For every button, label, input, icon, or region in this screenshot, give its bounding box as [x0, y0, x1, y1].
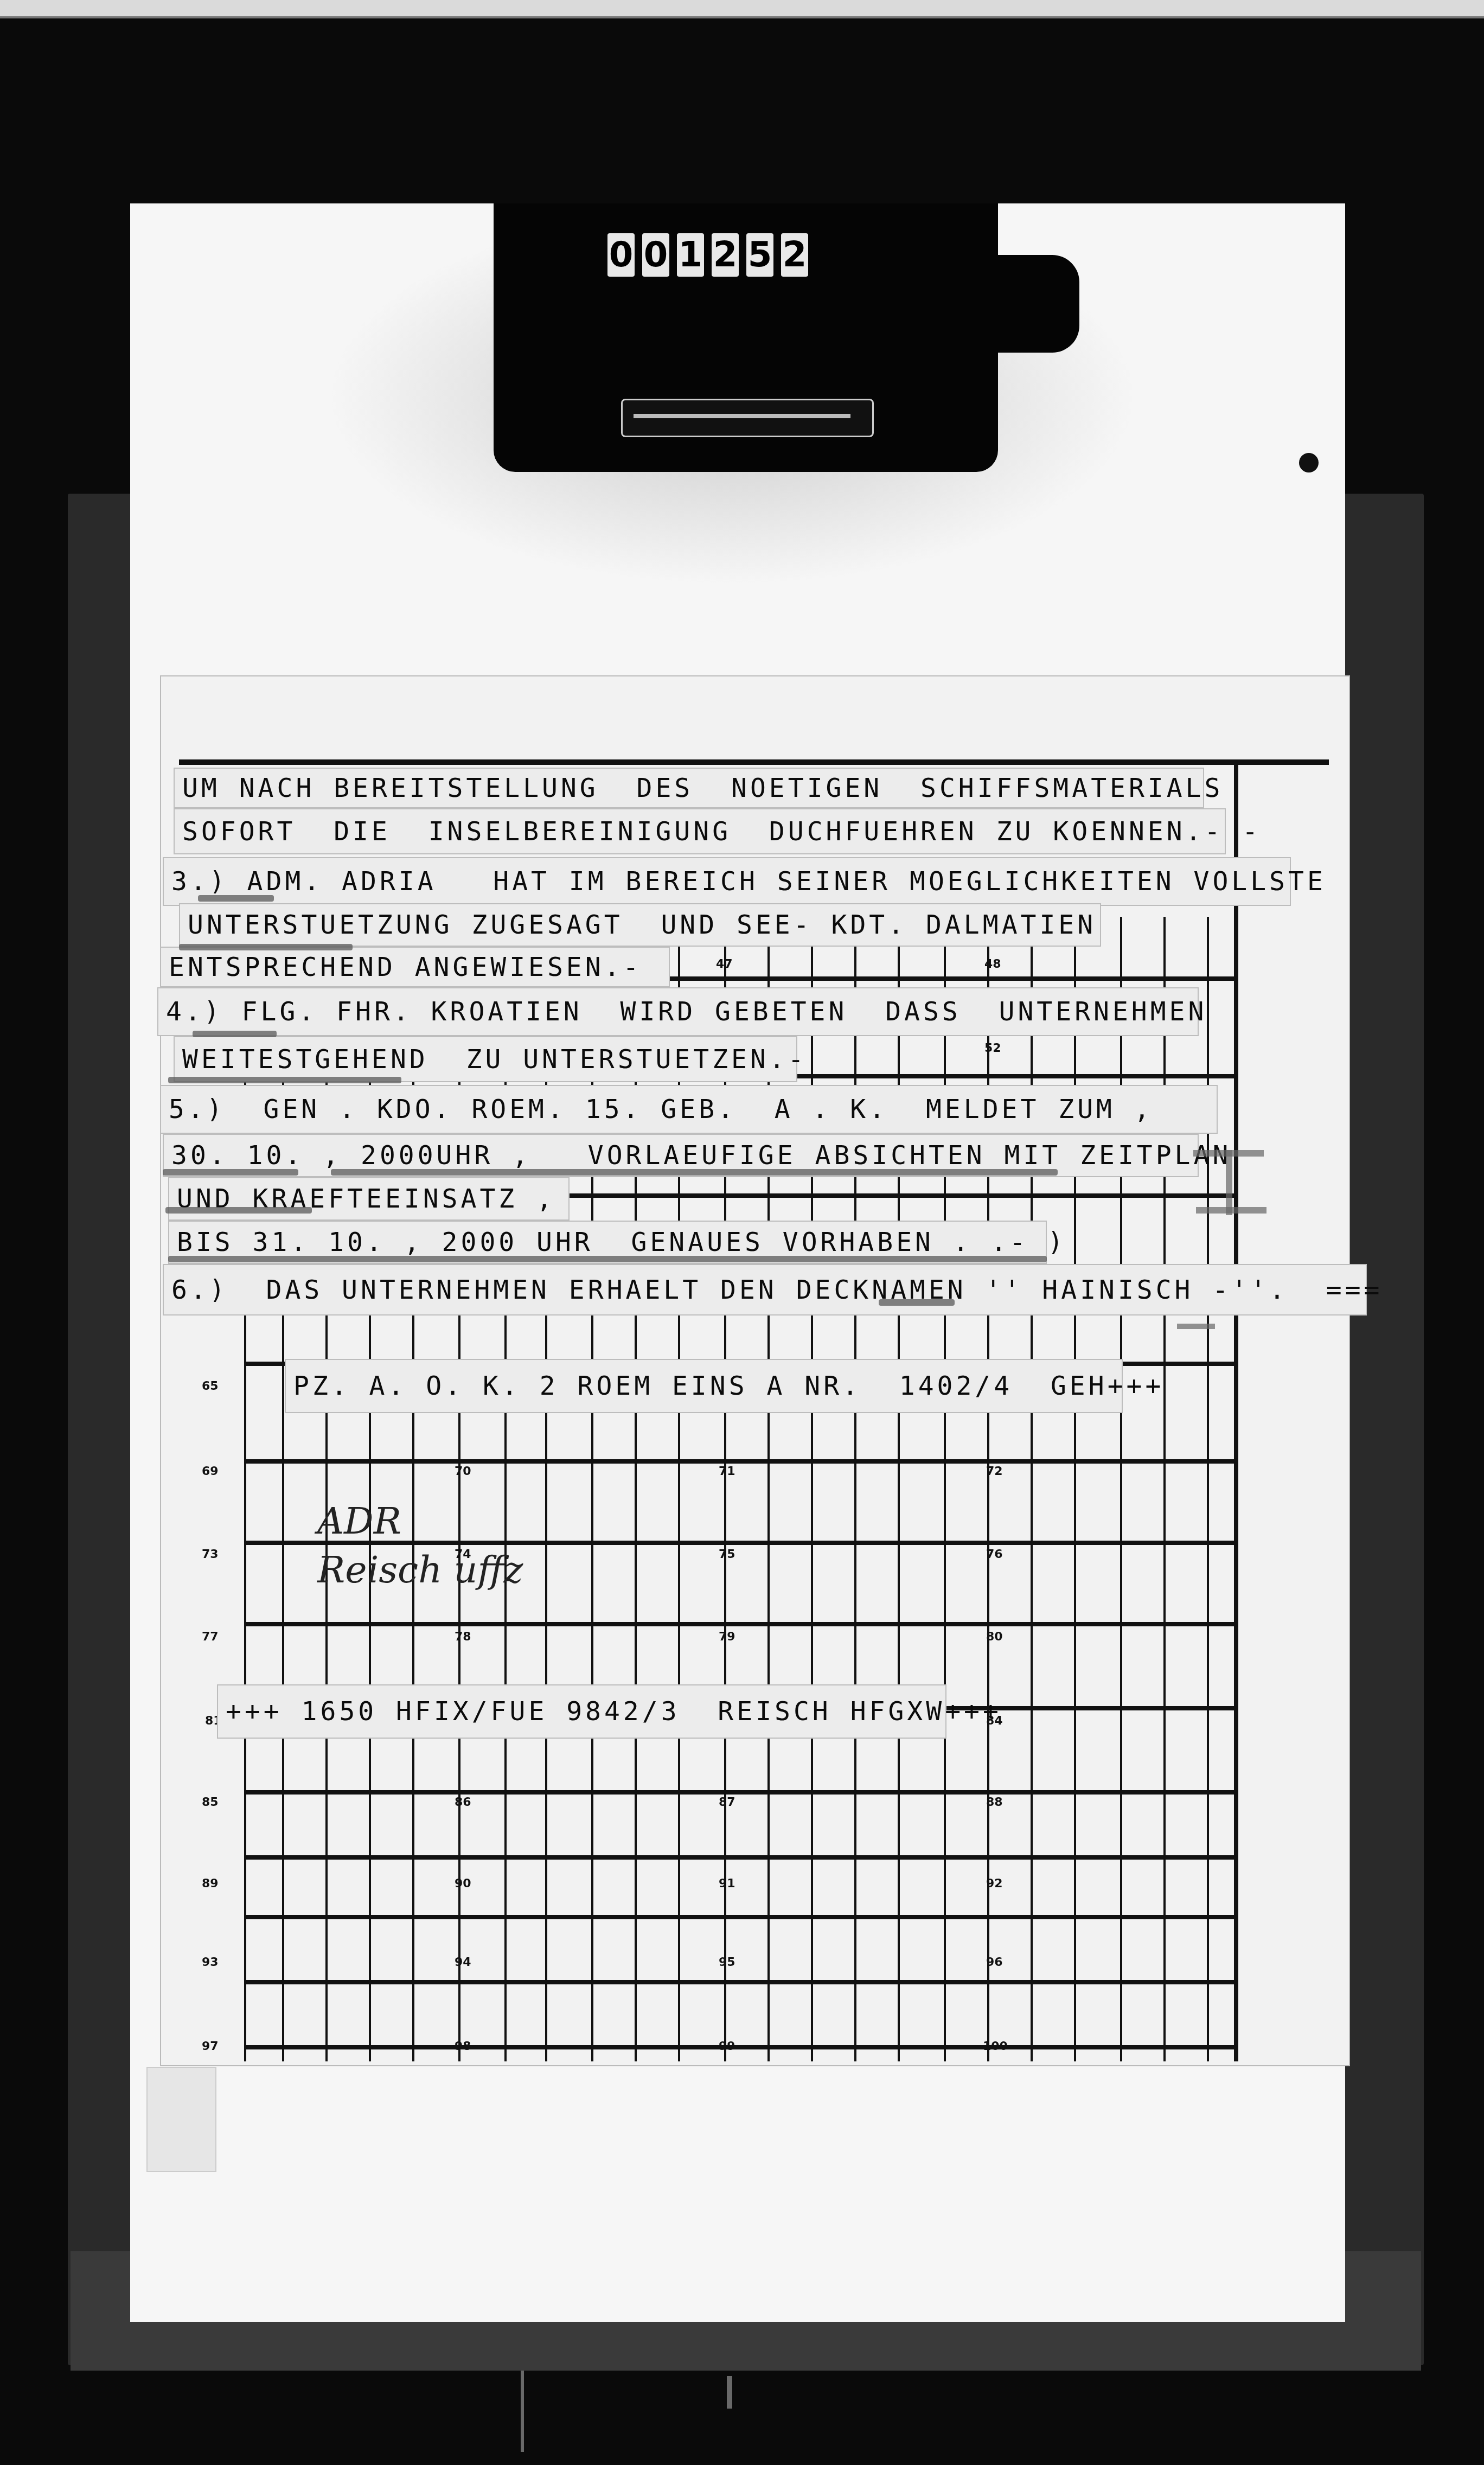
- grid-label: 96: [986, 1956, 1003, 1969]
- frame-counter-slot: [621, 399, 874, 437]
- film-scratch: [727, 2376, 732, 2409]
- form-top-rule: [179, 759, 1329, 765]
- grid-label: 48: [984, 957, 1001, 971]
- counter-digit: 2: [781, 233, 808, 277]
- counter-digit: 1: [677, 233, 704, 277]
- grid-label: 79: [719, 1630, 735, 1644]
- message-line: UNTERSTUETZUNG ZUGESAGT UND SEE- KDT. DA…: [179, 903, 1101, 947]
- pencil-underline: [331, 1169, 1058, 1176]
- grid-label: 94: [455, 1956, 471, 1969]
- grid-label: 91: [719, 1877, 735, 1891]
- grid-label: 97: [202, 2040, 219, 2053]
- message-line: UM NACH BEREITSTELLUNG DES NOETIGEN SCHI…: [174, 768, 1204, 808]
- frame-counter-knob: [993, 255, 1079, 353]
- frame-counter-digits: 0 0 1 2 5 2: [607, 233, 808, 277]
- grid-label: 52: [984, 1042, 1001, 1055]
- counter-digit: 2: [712, 233, 739, 277]
- pencil-underline: [168, 1077, 401, 1083]
- grid-label: 70: [455, 1465, 471, 1478]
- pencil-underline: [179, 944, 353, 950]
- grid-row-line: [244, 1459, 1237, 1464]
- message-line: 5.) GEN . KDO. ROEM. 15. GEB. A . K. MEL…: [160, 1085, 1218, 1134]
- grid-label: 93: [202, 1956, 219, 1969]
- grid-label: 87: [719, 1796, 735, 1809]
- counter-digit: 5: [746, 233, 773, 277]
- pencil-mark: [1177, 1324, 1215, 1329]
- pencil-underline: [198, 895, 274, 902]
- punch-hole: [1299, 453, 1319, 472]
- grid-row-line: [244, 1855, 1237, 1860]
- grid-row-line: [244, 1915, 1237, 1919]
- grid-row-line: [244, 2045, 1237, 2049]
- grid-row-line: [244, 1790, 1237, 1795]
- message-line: ENTSPRECHEND ANGEWIESEN.-: [160, 947, 670, 987]
- handwritten-signature: ADR Reisch uffz: [317, 1497, 589, 1638]
- pencil-underline: [165, 1207, 312, 1214]
- grid-label: 89: [202, 1877, 219, 1891]
- pencil-underline: [168, 1256, 1047, 1262]
- message-line: WEITESTGEHEND ZU UNTERSTUETZEN.-: [174, 1036, 797, 1082]
- grid-label: 90: [455, 1877, 471, 1891]
- grid-label: 99: [719, 2040, 735, 2053]
- grid-label: 72: [986, 1465, 1003, 1478]
- grid-label: 86: [455, 1796, 471, 1809]
- pencil-mark: [1226, 1150, 1232, 1215]
- message-line: 3.) ADM. ADRIA HAT IM BEREICH SEINER MOE…: [163, 857, 1291, 906]
- pencil-underline: [193, 1031, 277, 1037]
- pencil-underline: [879, 1299, 955, 1306]
- counter-digit: 0: [607, 233, 635, 277]
- grid-label: 73: [202, 1548, 219, 1561]
- grid-label: 76: [986, 1548, 1003, 1561]
- grid-label: 77: [202, 1630, 219, 1644]
- message-line-sender: PZ. A. O. K. 2 ROEM EINS A NR. 1402/4 GE…: [285, 1359, 1123, 1413]
- grid-label: 98: [455, 2040, 471, 2053]
- grid-row-line: [244, 1980, 1237, 1984]
- grid-label: 85: [202, 1796, 219, 1809]
- message-line: UND KRAEFTEEINSATZ ,: [168, 1177, 570, 1221]
- counter-digit: 0: [642, 233, 669, 277]
- film-edge-top: [0, 0, 1484, 16]
- grid-label: 80: [986, 1630, 1003, 1644]
- pencil-underline: [163, 1169, 298, 1176]
- grid-label: 65: [202, 1380, 219, 1393]
- grid-label: 75: [719, 1548, 735, 1561]
- signature-line: Reisch uffz: [317, 1546, 589, 1595]
- film-edge-rule: [0, 16, 1484, 18]
- grid-label: 71: [719, 1465, 735, 1478]
- message-line: SOFORT DIE INSELBEREINIGUNG DUCHFUEHREN …: [174, 808, 1226, 854]
- paper-fold: [146, 2067, 216, 2172]
- grid-label: 47: [716, 957, 733, 971]
- message-line: 4.) FLG. FHR. KROATIEN WIRD GEBETEN DASS…: [157, 987, 1199, 1036]
- grid-label: 92: [986, 1877, 1003, 1891]
- grid-label: 88: [986, 1796, 1003, 1809]
- message-line: 6.) DAS UNTERNEHMEN ERHAELT DEN DECKNAME…: [163, 1264, 1367, 1315]
- grid-label: 95: [719, 1956, 735, 1969]
- grid-label: 100: [983, 2040, 1008, 2053]
- signature-line: ADR: [317, 1497, 589, 1546]
- grid-label: 69: [202, 1465, 219, 1478]
- pencil-mark: [1196, 1207, 1266, 1214]
- message-line-footer: +++ 1650 HFIX/FUE 9842/3 REISCH HFGXW+++: [217, 1684, 946, 1739]
